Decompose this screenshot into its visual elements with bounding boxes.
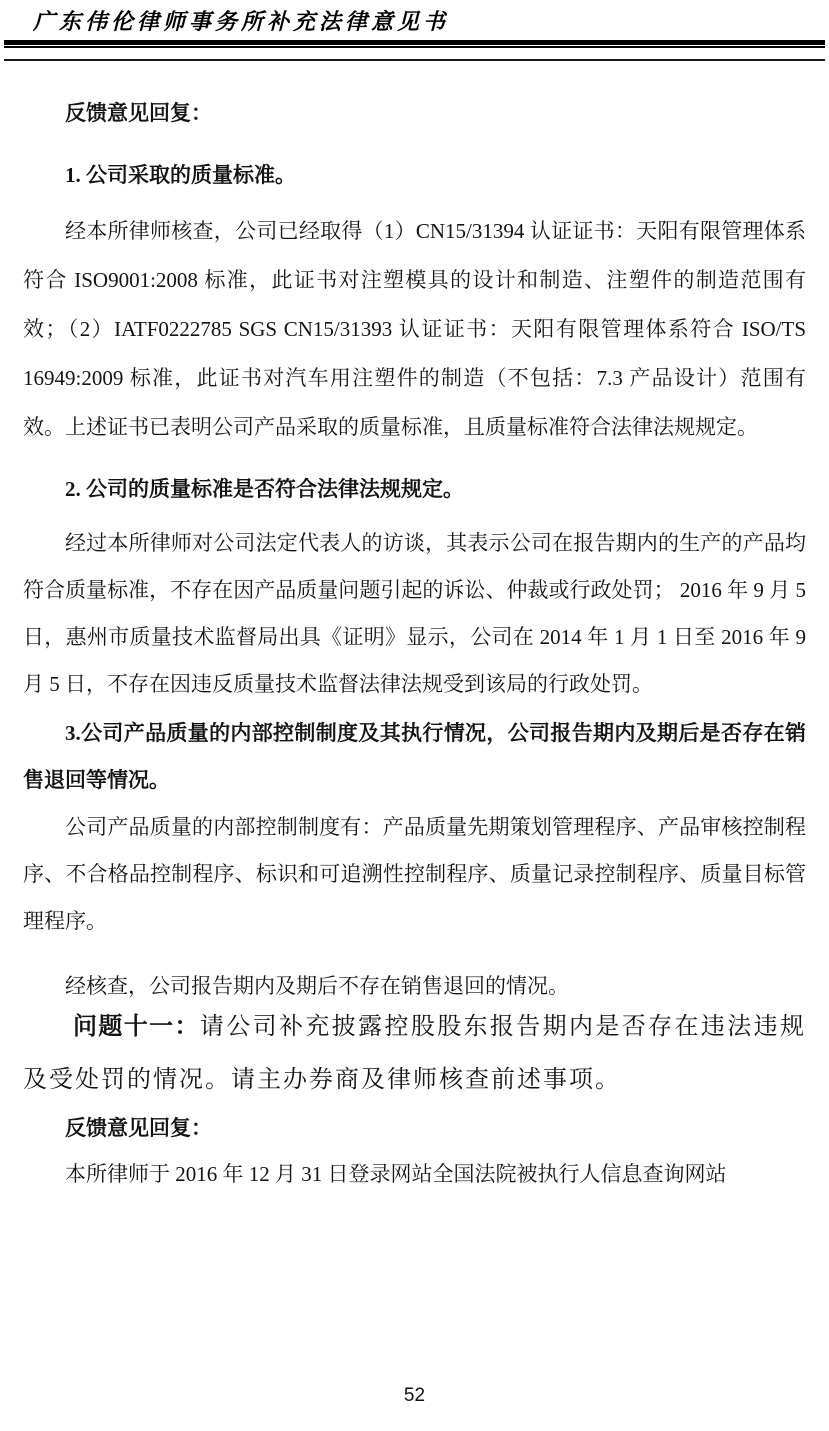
- item1-paragraph: 经本所律师核查，公司已经取得（1）CN15/31394 认证证书：天阳有限管理体…: [23, 207, 806, 452]
- item3-heading: 3.公司产品质量的内部控制制度及其执行情况，公司报告期内及期后是否存在销售退回等…: [23, 710, 806, 804]
- header-title: 广东伟伦律师事务所补充法律意见书: [33, 5, 829, 36]
- reply-heading-2: 反馈意见回复：: [23, 1114, 806, 1142]
- reply-heading-1: 反馈意见回复：: [23, 99, 806, 127]
- document-body: 反馈意见回复： 1. 公司采取的质量标准。 经本所律师核查，公司已经取得（1）C…: [23, 99, 806, 1188]
- header-rule-thick: [4, 40, 825, 45]
- page-number: 52: [0, 1385, 829, 1407]
- item2-heading: 2. 公司的质量标准是否符合法律法规规定。: [23, 475, 806, 503]
- item2-paragraph: 经过本所律师对公司法定代表人的访谈，其表示公司在报告期内的生产的产品均符合质量标…: [23, 520, 806, 708]
- page-header: 广东伟伦律师事务所补充法律意见书: [0, 0, 829, 61]
- question-11-label: 问题十一：: [73, 1014, 200, 1040]
- verification-paragraph: 经核查，公司报告期内及期后不存在销售退回的情况。: [23, 972, 806, 1000]
- header-rule-separator: [4, 59, 825, 61]
- header-rule-thin: [4, 46, 825, 48]
- item3-paragraph: 公司产品质量的内部控制制度有：产品质量先期策划管理程序、产品审核控制程序、不合格…: [23, 804, 806, 945]
- question-11: 问题十一：请公司补充披露控股股东报告期内是否存在违法违规及受处罚的情况。请主办券…: [23, 1000, 806, 1106]
- document-page: 广东伟伦律师事务所补充法律意见书 反馈意见回复： 1. 公司采取的质量标准。 经…: [0, 0, 829, 1431]
- item1-heading: 1. 公司采取的质量标准。: [23, 161, 806, 189]
- closing-paragraph: 本所律师于 2016 年 12 月 31 日登录网站全国法院被执行人信息查询网站: [23, 1160, 806, 1188]
